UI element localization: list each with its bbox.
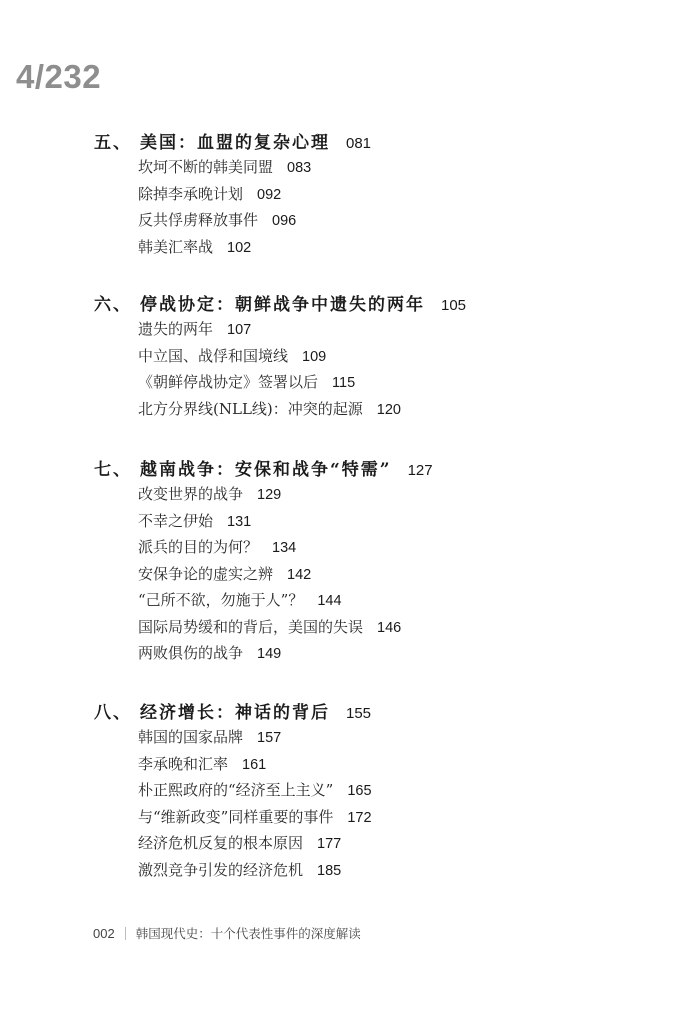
entry-title: 坎坷不断的韩美同盟 [138, 158, 273, 176]
entry-page: 120 [377, 402, 401, 418]
footer-book-title: 韩国现代史：十个代表性事件的深度解读 [136, 924, 361, 942]
entry-title: 除掉李承晚计划 [138, 185, 243, 203]
chapter-title: 越南战争：安保和战争“特需” [140, 455, 392, 480]
section-list: 遗失的两年107 中立国、战俘和国境线109 《朝鲜停战协定》签署以后115 北… [94, 316, 466, 422]
entry-title: “己所不欲，勿施于人”？ [138, 591, 303, 609]
chapter-heading[interactable]: 五、 美国：血盟的复杂心理 081 [94, 128, 371, 154]
entry-page: 157 [257, 730, 281, 746]
chapter-7: 七、 越南战争：安保和战争“特需” 127 改变世界的战争129 不幸之伊始13… [94, 455, 433, 667]
entry-title: 不幸之伊始 [138, 512, 213, 530]
entry-page: 083 [287, 160, 311, 176]
toc-entry[interactable]: 除掉李承晚计划092 [138, 181, 371, 208]
toc-entry[interactable]: 韩国的国家品牌157 [138, 724, 372, 751]
toc-entry[interactable]: 反共俘虏释放事件096 [138, 207, 371, 234]
toc-entry[interactable]: 激烈竞争引发的经济危机185 [138, 857, 372, 884]
entry-page: 107 [227, 322, 251, 338]
entry-title: 韩美汇率战 [138, 238, 213, 256]
entry-title: 国际局势缓和的背后，美国的失误 [138, 618, 363, 636]
toc-entry[interactable]: 与“维新政变”同样重要的事件172 [138, 804, 372, 831]
toc-entry[interactable]: 经济危机反复的根本原因177 [138, 830, 372, 857]
entry-page: 134 [272, 540, 296, 556]
chapter-number: 五、 [94, 128, 140, 153]
page-counter: 4/232 [16, 58, 101, 96]
entry-page: 092 [257, 187, 281, 203]
section-list: 坎坷不断的韩美同盟083 除掉李承晚计划092 反共俘虏释放事件096 韩美汇率… [94, 154, 371, 260]
page-footer: 002 韩国现代史：十个代表性事件的深度解读 [93, 924, 361, 942]
entry-page: 146 [377, 620, 401, 636]
entry-page: 115 [332, 375, 355, 391]
entry-page: 172 [347, 810, 371, 826]
entry-page: 177 [317, 836, 341, 852]
toc-entry[interactable]: 遗失的两年107 [138, 316, 466, 343]
entry-title: 韩国的国家品牌 [138, 728, 243, 746]
entry-page: 161 [242, 757, 266, 773]
entry-title: 两败俱伤的战争 [138, 644, 243, 662]
entry-page: 109 [302, 349, 326, 365]
entry-page: 096 [272, 213, 296, 229]
toc-entry[interactable]: 改变世界的战争129 [138, 481, 433, 508]
entry-page: 185 [317, 863, 341, 879]
chapter-page: 105 [441, 297, 466, 314]
chapter-6: 六、 停战协定：朝鲜战争中遗失的两年 105 遗失的两年107 中立国、战俘和国… [94, 290, 466, 422]
chapter-8: 八、 经济增长：神话的背后 155 韩国的国家品牌157 李承晚和汇率161 朴… [94, 698, 372, 883]
entry-title: 反共俘虏释放事件 [138, 211, 258, 229]
toc-entry[interactable]: 《朝鲜停战协定》签署以后115 [138, 369, 466, 396]
footer-divider [125, 927, 126, 940]
entry-title: 经济危机反复的根本原因 [138, 834, 303, 852]
section-list: 改变世界的战争129 不幸之伊始131 派兵的目的为何？134 安保争论的虚实之… [94, 481, 433, 667]
entry-title: 《朝鲜停战协定》签署以后 [138, 373, 318, 391]
toc-entry[interactable]: 朴正熙政府的“经济至上主义”165 [138, 777, 372, 804]
entry-page: 102 [227, 240, 251, 256]
toc-entry[interactable]: 坎坷不断的韩美同盟083 [138, 154, 371, 181]
entry-page: 149 [257, 646, 281, 662]
entry-title: 朴正熙政府的“经济至上主义” [138, 781, 333, 799]
chapter-heading[interactable]: 六、 停战协定：朝鲜战争中遗失的两年 105 [94, 290, 466, 316]
chapter-title: 经济增长：神话的背后 [140, 698, 330, 723]
toc-entry[interactable]: 北方分界线(NLL线)：冲突的起源120 [138, 396, 466, 423]
entry-title: 激烈竞争引发的经济危机 [138, 861, 303, 879]
entry-page: 131 [227, 514, 251, 530]
toc-entry[interactable]: 国际局势缓和的背后，美国的失误146 [138, 614, 433, 641]
chapter-heading[interactable]: 七、 越南战争：安保和战争“特需” 127 [94, 455, 433, 481]
entry-page: 165 [347, 783, 371, 799]
chapter-page: 127 [408, 462, 433, 479]
chapter-title: 停战协定：朝鲜战争中遗失的两年 [140, 290, 425, 315]
chapter-5: 五、 美国：血盟的复杂心理 081 坎坷不断的韩美同盟083 除掉李承晚计划09… [94, 128, 371, 260]
footer-page-number: 002 [93, 926, 115, 941]
toc-entry[interactable]: 派兵的目的为何？134 [138, 534, 433, 561]
toc-entry[interactable]: 韩美汇率战102 [138, 234, 371, 261]
toc-entry[interactable]: 不幸之伊始131 [138, 508, 433, 535]
entry-title: 安保争论的虚实之辨 [138, 565, 273, 583]
chapter-title: 美国：血盟的复杂心理 [140, 128, 330, 153]
entry-page: 129 [257, 487, 281, 503]
entry-page: 142 [287, 567, 311, 583]
chapter-heading[interactable]: 八、 经济增长：神话的背后 155 [94, 698, 372, 724]
chapter-number: 六、 [94, 290, 140, 315]
entry-title: 改变世界的战争 [138, 485, 243, 503]
toc-entry[interactable]: 中立国、战俘和国境线109 [138, 343, 466, 370]
entry-page: 144 [317, 593, 341, 609]
chapter-page: 155 [346, 705, 371, 722]
section-list: 韩国的国家品牌157 李承晚和汇率161 朴正熙政府的“经济至上主义”165 与… [94, 724, 372, 883]
chapter-number: 七、 [94, 455, 140, 480]
entry-title: 北方分界线(NLL线)：冲突的起源 [138, 400, 363, 418]
entry-title: 与“维新政变”同样重要的事件 [138, 808, 333, 826]
entry-title: 遗失的两年 [138, 320, 213, 338]
entry-title: 派兵的目的为何？ [138, 538, 258, 556]
toc-entry[interactable]: “己所不欲，勿施于人”？144 [138, 587, 433, 614]
chapter-number: 八、 [94, 698, 140, 723]
toc-entry[interactable]: 两败俱伤的战争149 [138, 640, 433, 667]
chapter-page: 081 [346, 135, 371, 152]
entry-title: 李承晚和汇率 [138, 755, 228, 773]
toc-entry[interactable]: 安保争论的虚实之辨142 [138, 561, 433, 588]
toc-entry[interactable]: 李承晚和汇率161 [138, 751, 372, 778]
entry-title: 中立国、战俘和国境线 [138, 347, 288, 365]
